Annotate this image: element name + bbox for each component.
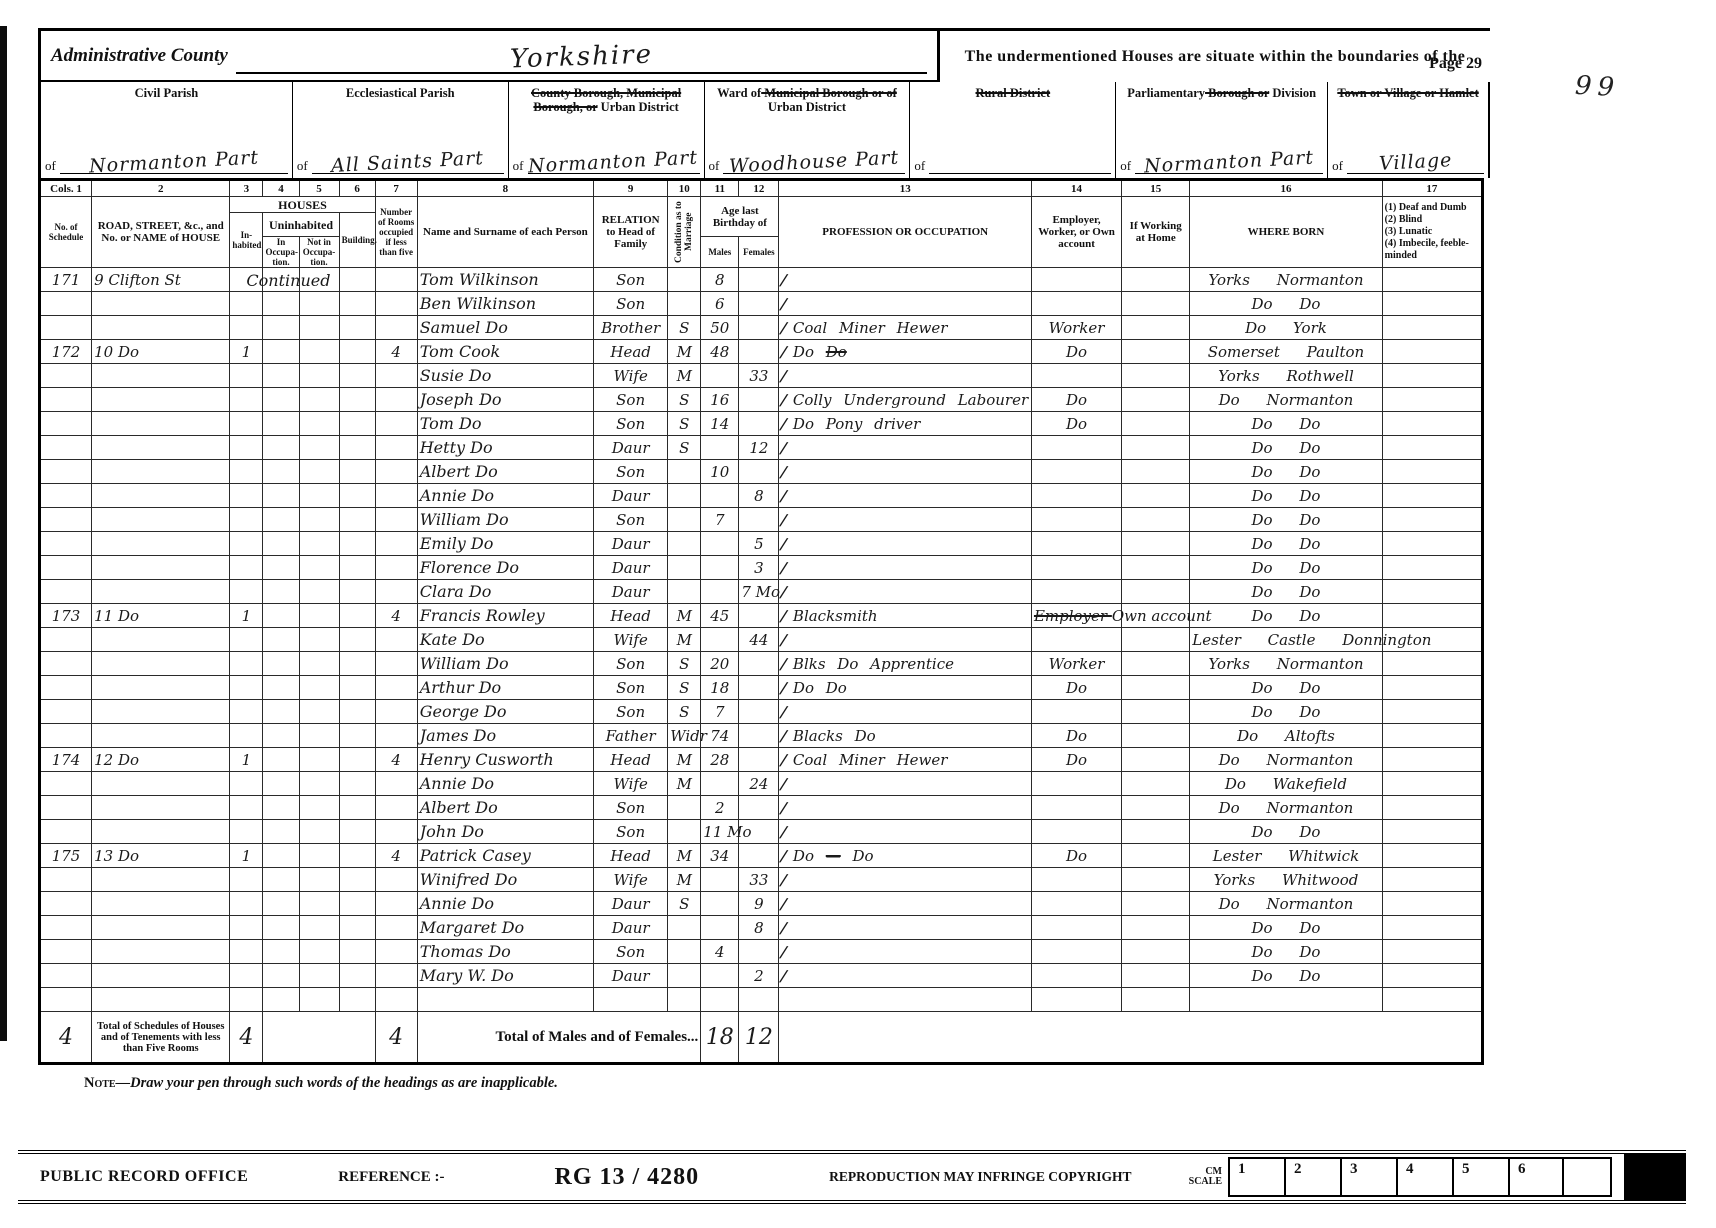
cell-profession: ∕ [779, 940, 1032, 964]
cell-where_born: Do Do [1190, 292, 1382, 316]
col-num-5: 5 [299, 180, 339, 197]
cell-profession: ∕Blks Do Apprentice [779, 652, 1032, 676]
houses-note: Continued [246, 271, 330, 290]
enumerator-tick-mark: ∕ [779, 799, 790, 817]
cell-age_f [739, 508, 779, 532]
cell-at_home [1122, 700, 1190, 724]
cell-u_not [299, 820, 339, 844]
cell-u_occ [263, 340, 299, 364]
cm-scale-box: 4 [1396, 1157, 1452, 1197]
cell-u_not [299, 700, 339, 724]
cell-rooms [375, 580, 417, 604]
district-label: Town or Village or Hamlet [1332, 86, 1484, 114]
infirmity-line: (3) Lunatic [1385, 226, 1479, 238]
cell-rooms [375, 820, 417, 844]
cell-u_occ [263, 412, 299, 436]
totals-empty-1 [263, 1012, 375, 1064]
cell-at_home [1122, 820, 1190, 844]
cell-schedule [40, 652, 92, 676]
cell-building [339, 748, 375, 772]
cell-age_f [739, 388, 779, 412]
totals-mf-label: Total of Males and of Females... [417, 1012, 701, 1064]
cell-profession: ∕ [779, 628, 1032, 652]
cell-condition: S [668, 892, 701, 916]
totals-empty-2 [779, 1012, 1483, 1064]
admin-county-value: Yorkshire [509, 39, 653, 74]
totals-rooms: 4 [375, 1012, 417, 1064]
cell-schedule [40, 724, 92, 748]
cell-employer [1031, 364, 1121, 388]
of-label: of [1120, 158, 1131, 174]
cell-rooms: 4 [375, 748, 417, 772]
admin-county-box: Administrative County Yorkshire [38, 28, 940, 82]
census-row: 17513 Do14Patrick CaseyHeadM34∕Do — DoDo… [40, 844, 1483, 868]
cell-u_not [299, 988, 339, 1012]
cell-rooms [375, 388, 417, 412]
cell-condition: S [668, 676, 701, 700]
cell-profession [779, 988, 1032, 1012]
cell-u_not [299, 772, 339, 796]
cell-condition [668, 988, 701, 1012]
cell-inhabited [230, 556, 263, 580]
cell-at_home [1122, 916, 1190, 940]
cell-employer [1031, 460, 1121, 484]
cell-where_born: Do Normanton [1190, 748, 1382, 772]
cell-name: Albert Do [417, 460, 593, 484]
cell-condition [668, 508, 701, 532]
footnote-text: —Draw your pen through such words of the… [116, 1075, 558, 1091]
enumerator-tick-mark: ∕ [779, 367, 790, 385]
cell-at_home [1122, 676, 1190, 700]
cell-u_occ [263, 724, 299, 748]
col-num-8: 8 [417, 180, 593, 197]
cell-at_home [1122, 292, 1190, 316]
cell-employer: Do [1031, 412, 1121, 436]
cell-condition: M [668, 772, 701, 796]
cell-schedule [40, 436, 92, 460]
enumerator-tick-mark: ∕ [779, 415, 790, 433]
cell-employer [1031, 772, 1121, 796]
cell-where_born: Do Do [1190, 484, 1382, 508]
cell-relation: Daur [594, 892, 668, 916]
cell-u_not [299, 868, 339, 892]
cell-schedule [40, 796, 92, 820]
cell-rooms [375, 268, 417, 292]
cell-building [339, 604, 375, 628]
cell-profession: ∕Coal Miner Hewer [779, 748, 1032, 772]
cell-where_born: Do Do [1190, 508, 1382, 532]
cell-at_home [1122, 412, 1190, 436]
cell-age_f: 9 [739, 892, 779, 916]
cell-infirm [1382, 820, 1482, 844]
cell-at_home [1122, 940, 1190, 964]
cell-age_f: 5 [739, 532, 779, 556]
district-label-segment: Civil Parish [135, 86, 199, 100]
cell-age_f: 24 [739, 772, 779, 796]
cell-rooms [375, 772, 417, 796]
cell-employer [1031, 268, 1121, 292]
cell-infirm [1382, 916, 1482, 940]
cell-address: 11 Do [92, 604, 230, 628]
cm-scale-box: 5 [1452, 1157, 1508, 1197]
cell-condition [668, 940, 701, 964]
cell-age_m: 28 [701, 748, 739, 772]
census-row: Tom DoSonS14∕Do Pony driver DoDo Do [40, 412, 1483, 436]
cell-condition: S [668, 388, 701, 412]
cell-age_m: 45 [701, 604, 739, 628]
cell-u_not [299, 508, 339, 532]
cell-condition [668, 580, 701, 604]
cell-u_occ [263, 796, 299, 820]
cell-rooms [375, 628, 417, 652]
cell-age_f [739, 700, 779, 724]
cell-infirm [1382, 388, 1482, 412]
cell-employer [1031, 820, 1121, 844]
cell-u_occ [263, 676, 299, 700]
cell-schedule [40, 988, 92, 1012]
cell-address [92, 652, 230, 676]
cell-age_m [701, 772, 739, 796]
of-label: of [914, 158, 925, 174]
col-num-10: 10 [668, 180, 701, 197]
cell-condition: M [668, 868, 701, 892]
cell-inhabited: 1 [230, 844, 263, 868]
cell-relation: Son [594, 676, 668, 700]
cell-name: Annie Do [417, 892, 593, 916]
cell-inhabited [230, 484, 263, 508]
cell-inhabited [230, 412, 263, 436]
census-row: James DoFatherWidr74∕Blacks Do DoDo Alto… [40, 724, 1483, 748]
cell-name: Kate Do [417, 628, 593, 652]
cell-address [92, 412, 230, 436]
cell-infirm [1382, 508, 1482, 532]
cell-name: Samuel Do [417, 316, 593, 340]
enumerator-tick-mark: ∕ [779, 583, 790, 601]
of-label: of [1332, 158, 1343, 174]
district-value: All Saints Part [331, 147, 485, 177]
infirmity-line: (2) Blind [1385, 214, 1479, 226]
cell-profession: ∕ [779, 964, 1032, 988]
cell-rooms [375, 460, 417, 484]
cell-where_born: Yorks Normanton [1190, 268, 1382, 292]
cell-inhabited: 1 [230, 340, 263, 364]
cell-building [339, 580, 375, 604]
district-box: Civil ParishofNormanton Part [41, 82, 293, 178]
cell-u_occ [263, 868, 299, 892]
cell-infirm [1382, 628, 1482, 652]
cell-schedule [40, 460, 92, 484]
cell-where_born: Do Wakefield [1190, 772, 1382, 796]
col-infirmity-header: (1) Deaf and Dumb(2) Blind(3) Lunatic(4)… [1382, 197, 1482, 268]
cell-rooms [375, 988, 417, 1012]
cell-u_occ [263, 436, 299, 460]
census-row: Joseph DoSonS16∕Colly Underground Labour… [40, 388, 1483, 412]
cell-u_not [299, 484, 339, 508]
cell-address [92, 364, 230, 388]
cell-rooms [375, 700, 417, 724]
struck-word: Do [826, 343, 847, 361]
cell-building [339, 988, 375, 1012]
census-row: Clara DoDaur7 Mo∕Do Do [40, 580, 1483, 604]
district-label-segment: or of [869, 86, 897, 100]
cell-inhabited [230, 316, 263, 340]
cell-employer [1031, 940, 1121, 964]
cell-schedule [40, 940, 92, 964]
cell-employer [1031, 556, 1121, 580]
district-value: Village [1378, 149, 1452, 175]
cell-address [92, 940, 230, 964]
district-label-segment: Borough [1205, 86, 1254, 100]
cell-name: Susie Do [417, 364, 593, 388]
census-row: Albert DoSon10∕Do Do [40, 460, 1483, 484]
cell-schedule [40, 868, 92, 892]
of-label: of [709, 158, 720, 174]
district-label-segment: Ecclesiastical Parish [346, 86, 455, 100]
cell-schedule [40, 532, 92, 556]
cell-relation: Brother [594, 316, 668, 340]
cell-address: 10 Do [92, 340, 230, 364]
cell-infirm [1382, 484, 1482, 508]
cell-condition [668, 268, 701, 292]
cell-employer [1031, 508, 1121, 532]
cell-age_m [701, 580, 739, 604]
cell-u_occ [263, 532, 299, 556]
cell-name: Annie Do [417, 484, 593, 508]
cell-u_not [299, 748, 339, 772]
col-inhabited-header: In-habited [230, 213, 263, 268]
cell-infirm [1382, 892, 1482, 916]
cell-inhabited [230, 796, 263, 820]
cell-address [92, 892, 230, 916]
census-row: Arthur DoSonS18∕Do Do DoDo Do [40, 676, 1483, 700]
cell-condition: S [668, 436, 701, 460]
of-label: of [513, 158, 524, 174]
cell-u_occ [263, 820, 299, 844]
cell-condition: S [668, 700, 701, 724]
cell-infirm [1382, 844, 1482, 868]
census-row: Annie DoDaurS9∕Do Normanton [40, 892, 1483, 916]
cell-u_not [299, 340, 339, 364]
cell-schedule [40, 292, 92, 316]
cell-age_m [701, 964, 739, 988]
census-row: 17412 Do14Henry CusworthHeadM28∕Coal Min… [40, 748, 1483, 772]
cell-at_home [1122, 484, 1190, 508]
cell-name: Tom Wilkinson [417, 268, 593, 292]
district-label-segment: Ward of [717, 86, 761, 100]
cell-infirm [1382, 604, 1482, 628]
cm-scale-box: 6 [1508, 1157, 1564, 1197]
cell-inhabited [230, 820, 263, 844]
district-label: Ecclesiastical Parish [297, 86, 504, 114]
cell-inhabited [230, 364, 263, 388]
cell-age_f [739, 988, 779, 1012]
cell-where_born: Lester Whitwick [1190, 844, 1382, 868]
cell-at_home [1122, 604, 1190, 628]
cell-infirm [1382, 868, 1482, 892]
cell-building [339, 412, 375, 436]
cell-u_not [299, 316, 339, 340]
cell-infirm [1382, 436, 1482, 460]
cell-building [339, 676, 375, 700]
cell-age_m: 74 [701, 724, 739, 748]
cell-employer [1031, 532, 1121, 556]
cell-age_f [739, 412, 779, 436]
cell-rooms [375, 916, 417, 940]
cell-inhabited [230, 628, 263, 652]
cell-employer: Do [1031, 388, 1121, 412]
cell-profession: ∕ [779, 772, 1032, 796]
cell-relation: Daur [594, 916, 668, 940]
cell-rooms [375, 796, 417, 820]
totals-females: 12 [739, 1012, 779, 1064]
district-box: Rural Districtof [910, 82, 1116, 178]
census-row [40, 988, 1483, 1012]
cell-employer [1031, 580, 1121, 604]
col-num-7: 7 [375, 180, 417, 197]
cell-relation: Daur [594, 532, 668, 556]
cell-name: Henry Cusworth [417, 748, 593, 772]
col-num-11: 11 [701, 180, 739, 197]
cell-rooms [375, 724, 417, 748]
cell-building [339, 796, 375, 820]
cell-name: Annie Do [417, 772, 593, 796]
cell-rooms [375, 364, 417, 388]
cell-building [339, 868, 375, 892]
census-table: Cols. 1 2 3 4 5 6 7 8 9 10 11 12 13 14 1… [38, 178, 1484, 1065]
cell-address [92, 628, 230, 652]
cell-schedule [40, 700, 92, 724]
district-value: Normanton Part [1144, 147, 1315, 178]
cell-infirm [1382, 724, 1482, 748]
cell-where_born: Do York [1190, 316, 1382, 340]
cm-scale: CMSCALE 123456 [1189, 1157, 1612, 1197]
cell-employer [1031, 988, 1121, 1012]
cell-rooms: 4 [375, 844, 417, 868]
cell-profession: ∕ [779, 460, 1032, 484]
cell-inhabited [230, 580, 263, 604]
pro-office-label: PUBLIC RECORD OFFICE [40, 1168, 248, 1186]
cell-at_home [1122, 724, 1190, 748]
infirmity-line: (4) Imbecile, feeble-minded [1385, 238, 1479, 262]
cell-name: Mary W. Do [417, 964, 593, 988]
cell-building [339, 916, 375, 940]
cell-employer [1031, 868, 1121, 892]
cell-inhabited [230, 676, 263, 700]
cell-name: Ben Wilkinson [417, 292, 593, 316]
cell-employer [1031, 436, 1121, 460]
cell-age_m [701, 988, 739, 1012]
cell-condition: M [668, 844, 701, 868]
census-row: Hetty DoDaurS12∕Do Do [40, 436, 1483, 460]
cell-infirm [1382, 364, 1482, 388]
cell-address [92, 772, 230, 796]
cell-name: Hetty Do [417, 436, 593, 460]
cell-profession: ∕ [779, 484, 1032, 508]
cell-age_f [739, 676, 779, 700]
enumerator-tick-mark: ∕ [779, 703, 790, 721]
enumerator-tick-mark: ∕ [779, 535, 790, 553]
cell-rooms [375, 412, 417, 436]
cell-u_not [299, 532, 339, 556]
cell-u_occ [263, 844, 299, 868]
enumerator-tick-mark: ∕ [779, 679, 790, 697]
cell-infirm [1382, 340, 1482, 364]
cell-relation: Daur [594, 484, 668, 508]
pro-reference-label: REFERENCE :- [338, 1169, 444, 1186]
cell-name: Francis Rowley [417, 604, 593, 628]
cell-profession: ∕ [779, 580, 1032, 604]
struck-word: Employer [1034, 607, 1112, 625]
cell-inhabited [230, 916, 263, 940]
cell-building [339, 268, 375, 292]
cell-inhabited [230, 652, 263, 676]
cell-profession: ∕ [779, 556, 1032, 580]
cell-relation: Wife [594, 364, 668, 388]
cell-age_m [701, 916, 739, 940]
cell-age_m [701, 436, 739, 460]
cell-u_not [299, 580, 339, 604]
cell-u_occ [263, 628, 299, 652]
cell-infirm [1382, 460, 1482, 484]
cell-schedule [40, 964, 92, 988]
enumerator-tick-mark: ∕ [779, 655, 790, 673]
census-row: Florence DoDaur3∕Do Do [40, 556, 1483, 580]
cell-profession: ∕ [779, 508, 1032, 532]
cell-age_f [739, 748, 779, 772]
census-row: William DoSonS20∕Blks Do Apprentice Work… [40, 652, 1483, 676]
cell-inhabited [230, 388, 263, 412]
col-num-15: 15 [1122, 180, 1190, 197]
cell-relation: Head [594, 748, 668, 772]
cell-age_f [739, 340, 779, 364]
cell-address [92, 796, 230, 820]
census-row: 1719 Clifton StContinuedTom WilkinsonSon… [40, 268, 1483, 292]
table-body: 1719 Clifton StContinuedTom WilkinsonSon… [40, 268, 1483, 1012]
cell-u_not [299, 292, 339, 316]
census-row: Winifred DoWifeM33∕Yorks Whitwood [40, 868, 1483, 892]
cell-profession: ∕ [779, 916, 1032, 940]
cell-where_born: Do Do [1190, 436, 1382, 460]
col-num-2: 2 [92, 180, 230, 197]
cell-u_occ [263, 940, 299, 964]
cell-schedule: 175 [40, 844, 92, 868]
cell-building [339, 340, 375, 364]
cell-inhabited [230, 436, 263, 460]
cell-condition [668, 532, 701, 556]
cell-where_born: Somerset Paulton [1190, 340, 1382, 364]
table-footer: 4 Total of Schedules of Houses and of Te… [40, 1012, 1483, 1064]
cell-address [92, 820, 230, 844]
cell-u_not [299, 796, 339, 820]
col-houses-group-header: HOUSES [230, 197, 375, 213]
cell-building [339, 436, 375, 460]
admin-heading-area: The undermentioned Houses are situate wi… [940, 28, 1490, 82]
cell-u_occ [263, 604, 299, 628]
cell-building [339, 556, 375, 580]
cell-building [339, 388, 375, 412]
cell-condition [668, 916, 701, 940]
cell-age_m [701, 532, 739, 556]
cell-at_home [1122, 316, 1190, 340]
cell-at_home [1122, 340, 1190, 364]
cell-rooms: 4 [375, 604, 417, 628]
cell-infirm [1382, 988, 1482, 1012]
cell-relation: Daur [594, 436, 668, 460]
cell-where_born: Do Do [1190, 532, 1382, 556]
cell-relation: Son [594, 796, 668, 820]
col-rooms-header: Number of Rooms occupied if less than fi… [375, 197, 417, 268]
cell-condition [668, 292, 701, 316]
